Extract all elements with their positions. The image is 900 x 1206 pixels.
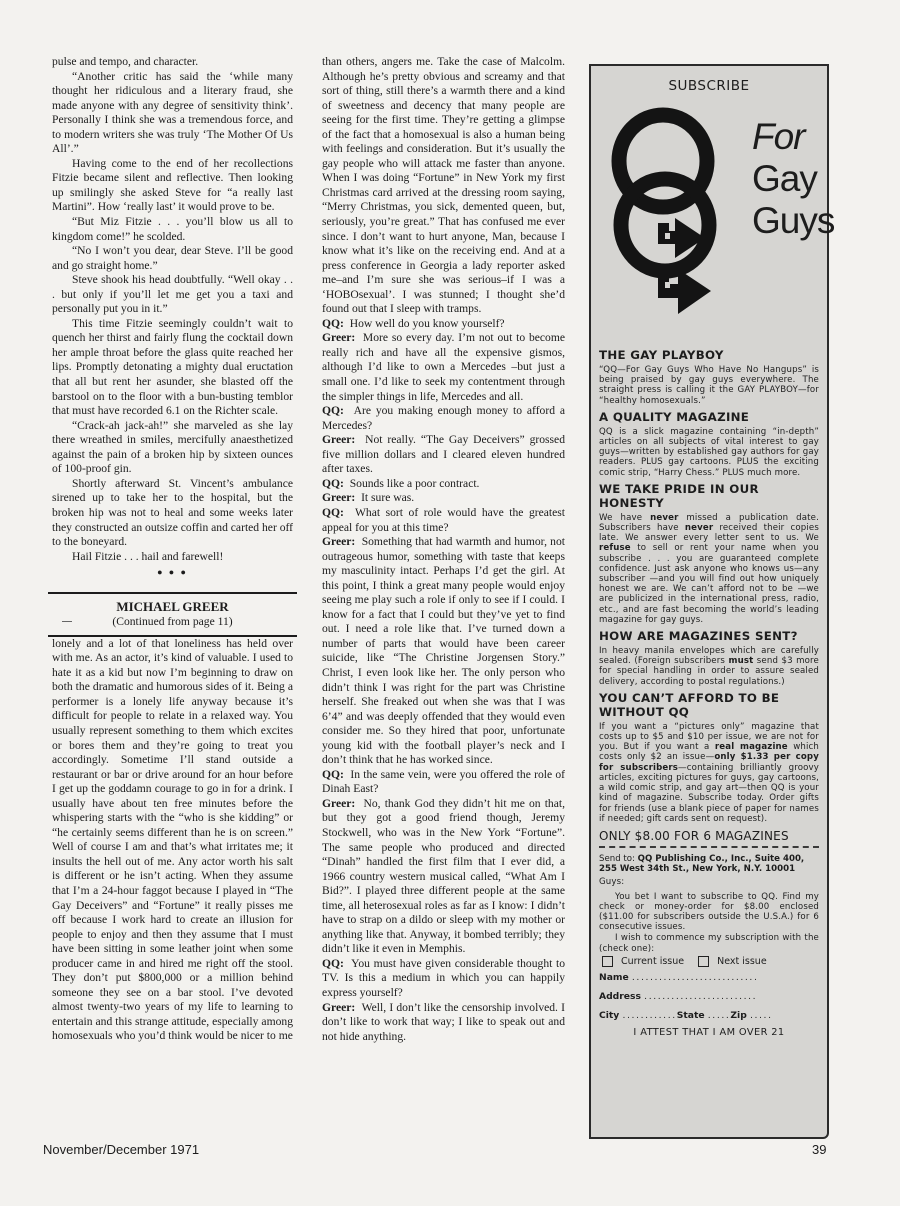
subscribe-section-heading: A QUALITY MAGAZINE [599, 410, 819, 424]
speaker-label: Greer: [322, 491, 355, 504]
city-label: City [599, 1011, 619, 1021]
age-attestation: I ATTEST THAT I AM OVER 21 [599, 1027, 819, 1038]
logo-line-for: For [752, 116, 834, 158]
speaker-text: Are you making enough money to afford a … [322, 404, 565, 432]
speaker-label: Greer: [322, 1001, 355, 1014]
city-state-zip-field[interactable]: City ............State .....Zip ..... [599, 1011, 819, 1021]
double-male-symbol-icon [603, 98, 753, 338]
speaker-text: Not really. “The Gay Deceivers” grossed … [322, 433, 565, 475]
subscribe-advertisement: SUBSCRIBE For Gay Guys THE GAY PLAYBOY“Q… [589, 64, 829, 1139]
subscribe-section-body: We have never missed a publication date.… [599, 513, 819, 625]
interview-exchange: QQ: Sounds like a poor contract. [322, 477, 565, 492]
logo-line-gay: Gay [752, 158, 834, 200]
send-to-label: Send to: [599, 854, 635, 864]
speaker-text: More so every day. I’m not out to become… [322, 331, 565, 402]
speaker-text: In the same vein, were you offered the r… [322, 768, 565, 796]
emphasis-text: refuse [599, 543, 631, 553]
current-issue-label: Current issue [621, 956, 684, 967]
speaker-text: What sort of role would have the greates… [322, 506, 565, 534]
name-field[interactable]: Name ............................ [599, 973, 819, 983]
next-issue-option[interactable]: Next issue [698, 956, 767, 967]
story-paragraph: pulse and tempo, and character. [52, 55, 293, 70]
speaker-label: Greer: [322, 535, 355, 548]
logo-tagline: For Gay Guys [752, 116, 834, 242]
speaker-label: QQ: [322, 317, 344, 330]
section-heading: MICHAEL GREER [52, 599, 293, 615]
price-offer: ONLY $8.00 FOR 6 MAGAZINES [599, 829, 819, 848]
interview-exchange: Greer: Something that had warmth and hum… [322, 535, 565, 768]
subscribe-sections: THE GAY PLAYBOY“QQ—For Gay Guys Who Have… [599, 348, 819, 824]
emphasis-text: real magazine [715, 742, 788, 752]
subscribe-section-heading: YOU CAN’T AFFORD TO BE WITHOUT QQ [599, 691, 819, 719]
story-paragraph: Steve shook his head doubtfully. “Well o… [52, 273, 293, 317]
speaker-label: Greer: [322, 331, 355, 344]
interview-exchange: QQ: You must have given considerable tho… [322, 957, 565, 1001]
speaker-label: QQ: [322, 957, 344, 970]
story-paragraph: Hail Fitzie . . . hail and farewell! [52, 550, 293, 565]
continued-article-text: lonely and a lot of that loneliness has … [52, 637, 293, 1044]
section-subheading: (Continued from page 11) [52, 615, 293, 629]
interview-exchange: QQ: Are you making enough money to affor… [322, 404, 565, 433]
emphasis-text: must [728, 656, 753, 666]
story-paragraph: Having come to the end of her recollecti… [52, 157, 293, 215]
interview-exchange: Greer: Well, I don’t like the censorship… [322, 1001, 565, 1045]
address-blank[interactable]: ......................... [644, 992, 757, 1002]
address-label: Address [599, 992, 641, 1002]
story-paragraph: Shortly afterward St. Vincent’s ambulanc… [52, 477, 293, 550]
body-text: to sell or rent your name when you subsc… [599, 543, 819, 624]
speaker-label: Greer: [322, 433, 355, 446]
story-paragraph: “But Miz Fitzie . . . you’ll blow us all… [52, 215, 293, 244]
emphasis-text: never [685, 523, 713, 533]
city-blank[interactable]: ............ [622, 1011, 676, 1021]
speaker-label: Greer: [322, 797, 355, 810]
speaker-text: No, thank God they didn’t hit me on that… [322, 797, 565, 955]
speaker-text: Well, I don’t like the censorship involv… [322, 1001, 565, 1043]
name-blank[interactable]: ............................ [632, 973, 759, 983]
article-column-2: than others, angers me. Take the case of… [322, 55, 565, 1044]
current-issue-option[interactable]: Current issue [602, 956, 684, 967]
continued-section-header: MICHAEL GREER (Continued from page 11) [52, 594, 293, 635]
issue-choice: Current issue Next issue [602, 956, 819, 967]
next-issue-label: Next issue [717, 956, 767, 967]
interview-exchange: QQ: How well do you know yourself? [322, 317, 565, 332]
next-issue-checkbox[interactable] [698, 956, 709, 967]
subscribe-section-body: In heavy manila envelopes which are care… [599, 646, 819, 687]
salutation: Guys: [599, 877, 819, 887]
subscribe-section-heading: THE GAY PLAYBOY [599, 348, 819, 362]
subscribe-section-body: “QQ—For Gay Guys Who Have No Hangups” is… [599, 365, 819, 406]
speaker-label: QQ: [322, 404, 344, 417]
speaker-text: Something that had warmth and humor, not… [322, 535, 565, 766]
qq-logo: For Gay Guys [599, 94, 819, 344]
speaker-text: How well do you know yourself? [350, 317, 505, 330]
subscribe-section-heading: WE TAKE PRIDE IN OUR HONESTY [599, 482, 819, 510]
speaker-text: You must have given considerable thought… [322, 957, 565, 999]
speaker-text: Sounds like a poor contract. [350, 477, 480, 490]
speaker-label: QQ: [322, 477, 344, 490]
interview-exchange: Greer: No, thank God they didn’t hit me … [322, 797, 565, 957]
zip-label: Zip [730, 1011, 746, 1021]
mailing-address: Send to: QQ Publishing Co., Inc., Suite … [599, 854, 819, 874]
subscribe-section-heading: HOW ARE MAGAZINES SENT? [599, 629, 819, 643]
story-paragraph: “Another critic has said the ‘while many… [52, 70, 293, 157]
name-label: Name [599, 973, 629, 983]
speaker-label: QQ: [322, 768, 344, 781]
interview-opening-text: than others, angers me. Take the case of… [322, 55, 565, 317]
subscribe-section-body: QQ is a slick magazine containing “in-de… [599, 427, 819, 478]
story-paragraph: “No I won’t you dear, dear Steve. I’ll b… [52, 244, 293, 273]
current-issue-checkbox[interactable] [602, 956, 613, 967]
story-paragraph: “Crack-ah jack-ah!” she marveled as she … [52, 419, 293, 477]
logo-line-guys: Guys [752, 200, 834, 242]
subscribe-section-body: If you want a “pictures only” magazine t… [599, 722, 819, 824]
interview-exchange: Greer: It sure was. [322, 491, 565, 506]
state-label: State [677, 1011, 705, 1021]
speaker-text: It sure was. [361, 491, 414, 504]
interview-exchange: Greer: Not really. “The Gay Deceivers” g… [322, 433, 565, 477]
story-paragraph: This time Fitzie seemingly couldn’t wait… [52, 317, 293, 419]
interview-exchanges: QQ: How well do you know yourself?Greer:… [322, 317, 565, 1044]
issue-date: November/December 1971 [43, 1142, 199, 1157]
article-column-1: pulse and tempo, and character.“Another … [52, 55, 293, 1044]
commence-text: I wish to commence my subscription with … [599, 933, 819, 953]
interview-exchange: QQ: What sort of role would have the gre… [322, 506, 565, 535]
decorative-dash [62, 621, 72, 622]
order-text: You bet I want to subscribe to QQ. Find … [599, 892, 819, 933]
address-field[interactable]: Address ......................... [599, 992, 819, 1002]
interview-exchange: QQ: In the same vein, were you offered t… [322, 768, 565, 797]
interview-exchange: Greer: More so every day. I’m not out to… [322, 331, 565, 404]
fitzie-story-text: pulse and tempo, and character.“Another … [52, 55, 293, 564]
zip-blank[interactable]: ..... [750, 1011, 773, 1021]
state-blank[interactable]: ..... [708, 1011, 731, 1021]
end-of-story-mark: ● ● ● [52, 565, 293, 580]
subscribe-title: SUBSCRIBE [599, 78, 819, 94]
page-number: 39 [812, 1142, 826, 1157]
emphasis-text: never [650, 513, 678, 523]
speaker-label: QQ: [322, 506, 344, 519]
body-text: We have [599, 513, 650, 523]
